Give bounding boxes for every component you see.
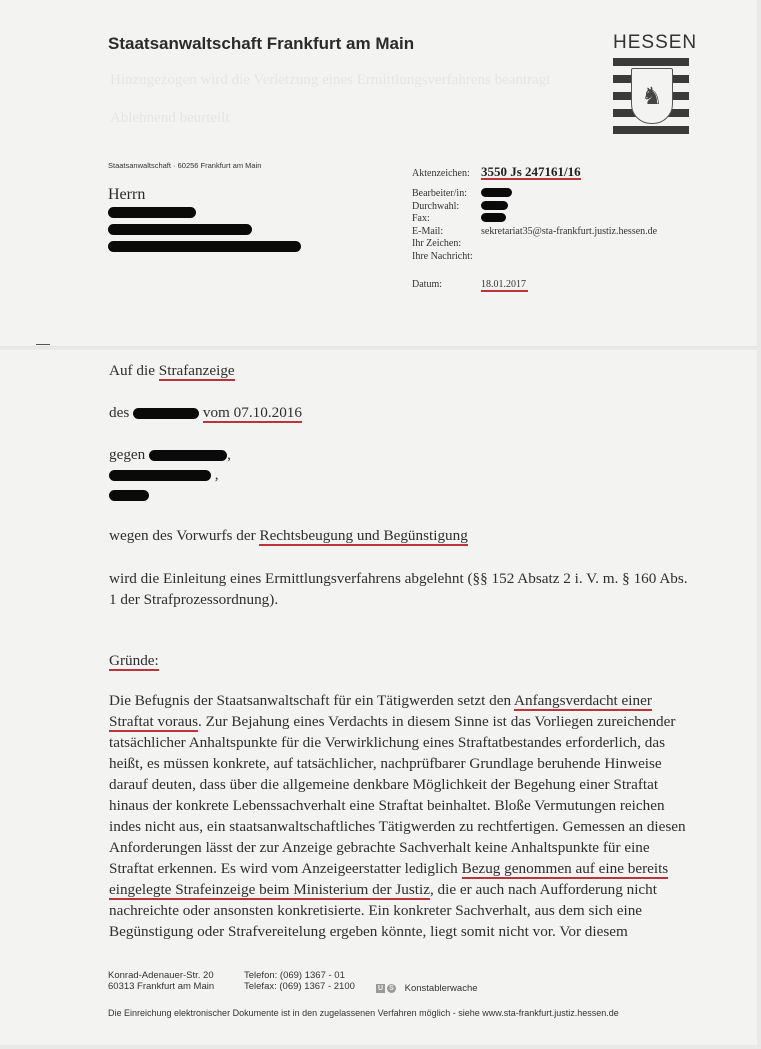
reference-block: Aktenzeichen: 3550 Js 247161/16 Bearbeit…	[412, 164, 657, 292]
recipient-salutation: Herrn	[108, 186, 145, 204]
ubahn-icon: U	[376, 984, 385, 993]
highlight-accusation: Rechtsbeugung und Begünstigung	[259, 527, 467, 546]
redacted-accused-1	[149, 450, 227, 461]
accused-line-1: gegen ,	[109, 446, 231, 464]
reasons-line: Die Befugnis der Staatsanwaltschaft für …	[109, 690, 709, 711]
decision-paragraph: wird die Einleitung eines Ermittlungsver…	[109, 568, 709, 610]
bleed-through-text: Hinzugezogen wird die Verletzung eines E…	[110, 72, 550, 89]
coat-of-arms-icon: ♞	[613, 58, 689, 134]
return-address: Staatsanwaltschaft · 60256 Frankfurt am …	[108, 161, 261, 170]
reasons-line: Begünstigung oder Strafvereitelung ergeb…	[109, 921, 709, 942]
highlighted-phrase: Anfangsverdacht einer	[514, 692, 652, 711]
highlight-strafanzeige: Strafanzeige	[159, 362, 235, 381]
reference-row-aktenzeichen: Aktenzeichen: 3550 Js 247161/16	[412, 164, 657, 180]
reference-row: Ihr Zeichen:	[412, 238, 657, 251]
reference-row: Durchwahl:	[412, 201, 657, 214]
email-link[interactable]: sekretariat35@sta-frankfurt.justiz.hesse…	[481, 226, 657, 239]
hessen-logo: HESSEN ♞	[613, 32, 691, 134]
letter-page: Hinzugezogen wird die Verletzung eines E…	[0, 0, 757, 1045]
reasons-line: indes nicht aus, ein staatsanwaltschaftl…	[109, 816, 709, 837]
organization-title: Staatsanwaltschaft Frankfurt am Main	[108, 34, 414, 54]
footer-phone: Telefon: (069) 1367 - 01 Telefax: (069) …	[244, 970, 355, 992]
fold-mark	[36, 344, 50, 345]
reference-row: Ihre Nachricht:	[412, 251, 657, 264]
redacted-complainant	[133, 408, 199, 419]
letter-date: 18.01.2017	[481, 279, 528, 292]
redacted-value	[481, 188, 512, 201]
sbahn-icon: S	[387, 984, 396, 993]
accusation-line: wegen des Vorwurfs der Rechtsbeugung und…	[109, 527, 468, 545]
highlighted-phrase: Bezug genommen auf eine bereits	[462, 860, 669, 879]
reference-row: Bearbeiter/in:	[412, 188, 657, 201]
footer-transit: US Konstablerwache	[376, 983, 478, 994]
footer-notice: Die Einreichung elektronischer Dokumente…	[108, 1008, 619, 1018]
highlight-complaint-date: vom 07.10.2016	[203, 404, 302, 423]
ref-label: Ihr Zeichen:	[412, 238, 481, 251]
ref-label: Ihre Nachricht:	[412, 251, 492, 264]
bleed-through-text: Ablehnend beurteilt	[110, 110, 230, 127]
reference-row: E-Mail: sekretariat35@sta-frankfurt.just…	[412, 226, 657, 239]
ref-label: Aktenzeichen:	[412, 168, 481, 181]
reasons-line: darauf deuten, dass über die allgemeine …	[109, 774, 709, 795]
redacted-recipient-street	[108, 224, 252, 235]
redacted-accused-3	[109, 490, 149, 501]
accused-line-3	[109, 486, 149, 504]
ref-label: E-Mail:	[412, 226, 481, 239]
paper-fold	[0, 346, 757, 350]
reasons-line: nachreichte oder ansonsten konkretisiert…	[109, 900, 709, 921]
reasons-line: Anforderungen lässt der zur Anzeige gebr…	[109, 837, 709, 858]
ref-label: Fax:	[412, 213, 481, 226]
ref-label: Durchwahl:	[412, 201, 481, 214]
case-number: 3550 Js 247161/16	[481, 166, 581, 181]
transit-stop: Konstablerwache	[405, 983, 478, 994]
lion-shield-icon: ♞	[631, 68, 673, 124]
reasons-line: Straftat voraus. Zur Bejahung eines Verd…	[109, 711, 709, 732]
footer-address: Konrad-Adenauer-Str. 20 60313 Frankfurt …	[108, 970, 214, 992]
highlighted-phrase: eingelegte Strafeinzeige beim Ministeriu…	[109, 881, 430, 900]
highlighted-phrase: Straftat voraus	[109, 713, 198, 732]
redacted-value	[481, 201, 508, 214]
reasons-line: hinaus der konkrete Lebenssachverhalt ei…	[109, 795, 709, 816]
redacted-recipient-name	[108, 207, 196, 218]
reasons-paragraph: Die Befugnis der Staatsanwaltschaft für …	[109, 690, 709, 942]
date-label: Datum:	[412, 279, 481, 292]
subject-line: Auf die Strafanzeige	[109, 362, 235, 380]
reasons-line: heißt, es müssen konkrete, auf tatsächli…	[109, 753, 709, 774]
reference-row: Fax:	[412, 213, 657, 226]
reasons-line: tatsächlicher Anhaltspunkte für die Verw…	[109, 732, 709, 753]
complainant-line: des vom 07.10.2016	[109, 404, 302, 422]
redacted-accused-2	[109, 470, 211, 481]
ref-label: Bearbeiter/in:	[412, 188, 481, 201]
accused-line-2: ,	[109, 466, 219, 484]
logo-wordmark: HESSEN	[613, 32, 691, 54]
redacted-value	[481, 213, 506, 226]
reasons-line: Straftat erkennen. Es wird vom Anzeigeer…	[109, 858, 709, 879]
reasons-line: eingelegte Strafeinzeige beim Ministeriu…	[109, 879, 709, 900]
reasons-heading: Gründe:	[109, 652, 159, 670]
reference-row-date: Datum: 18.01.2017	[412, 279, 657, 292]
redacted-recipient-city	[108, 241, 301, 252]
